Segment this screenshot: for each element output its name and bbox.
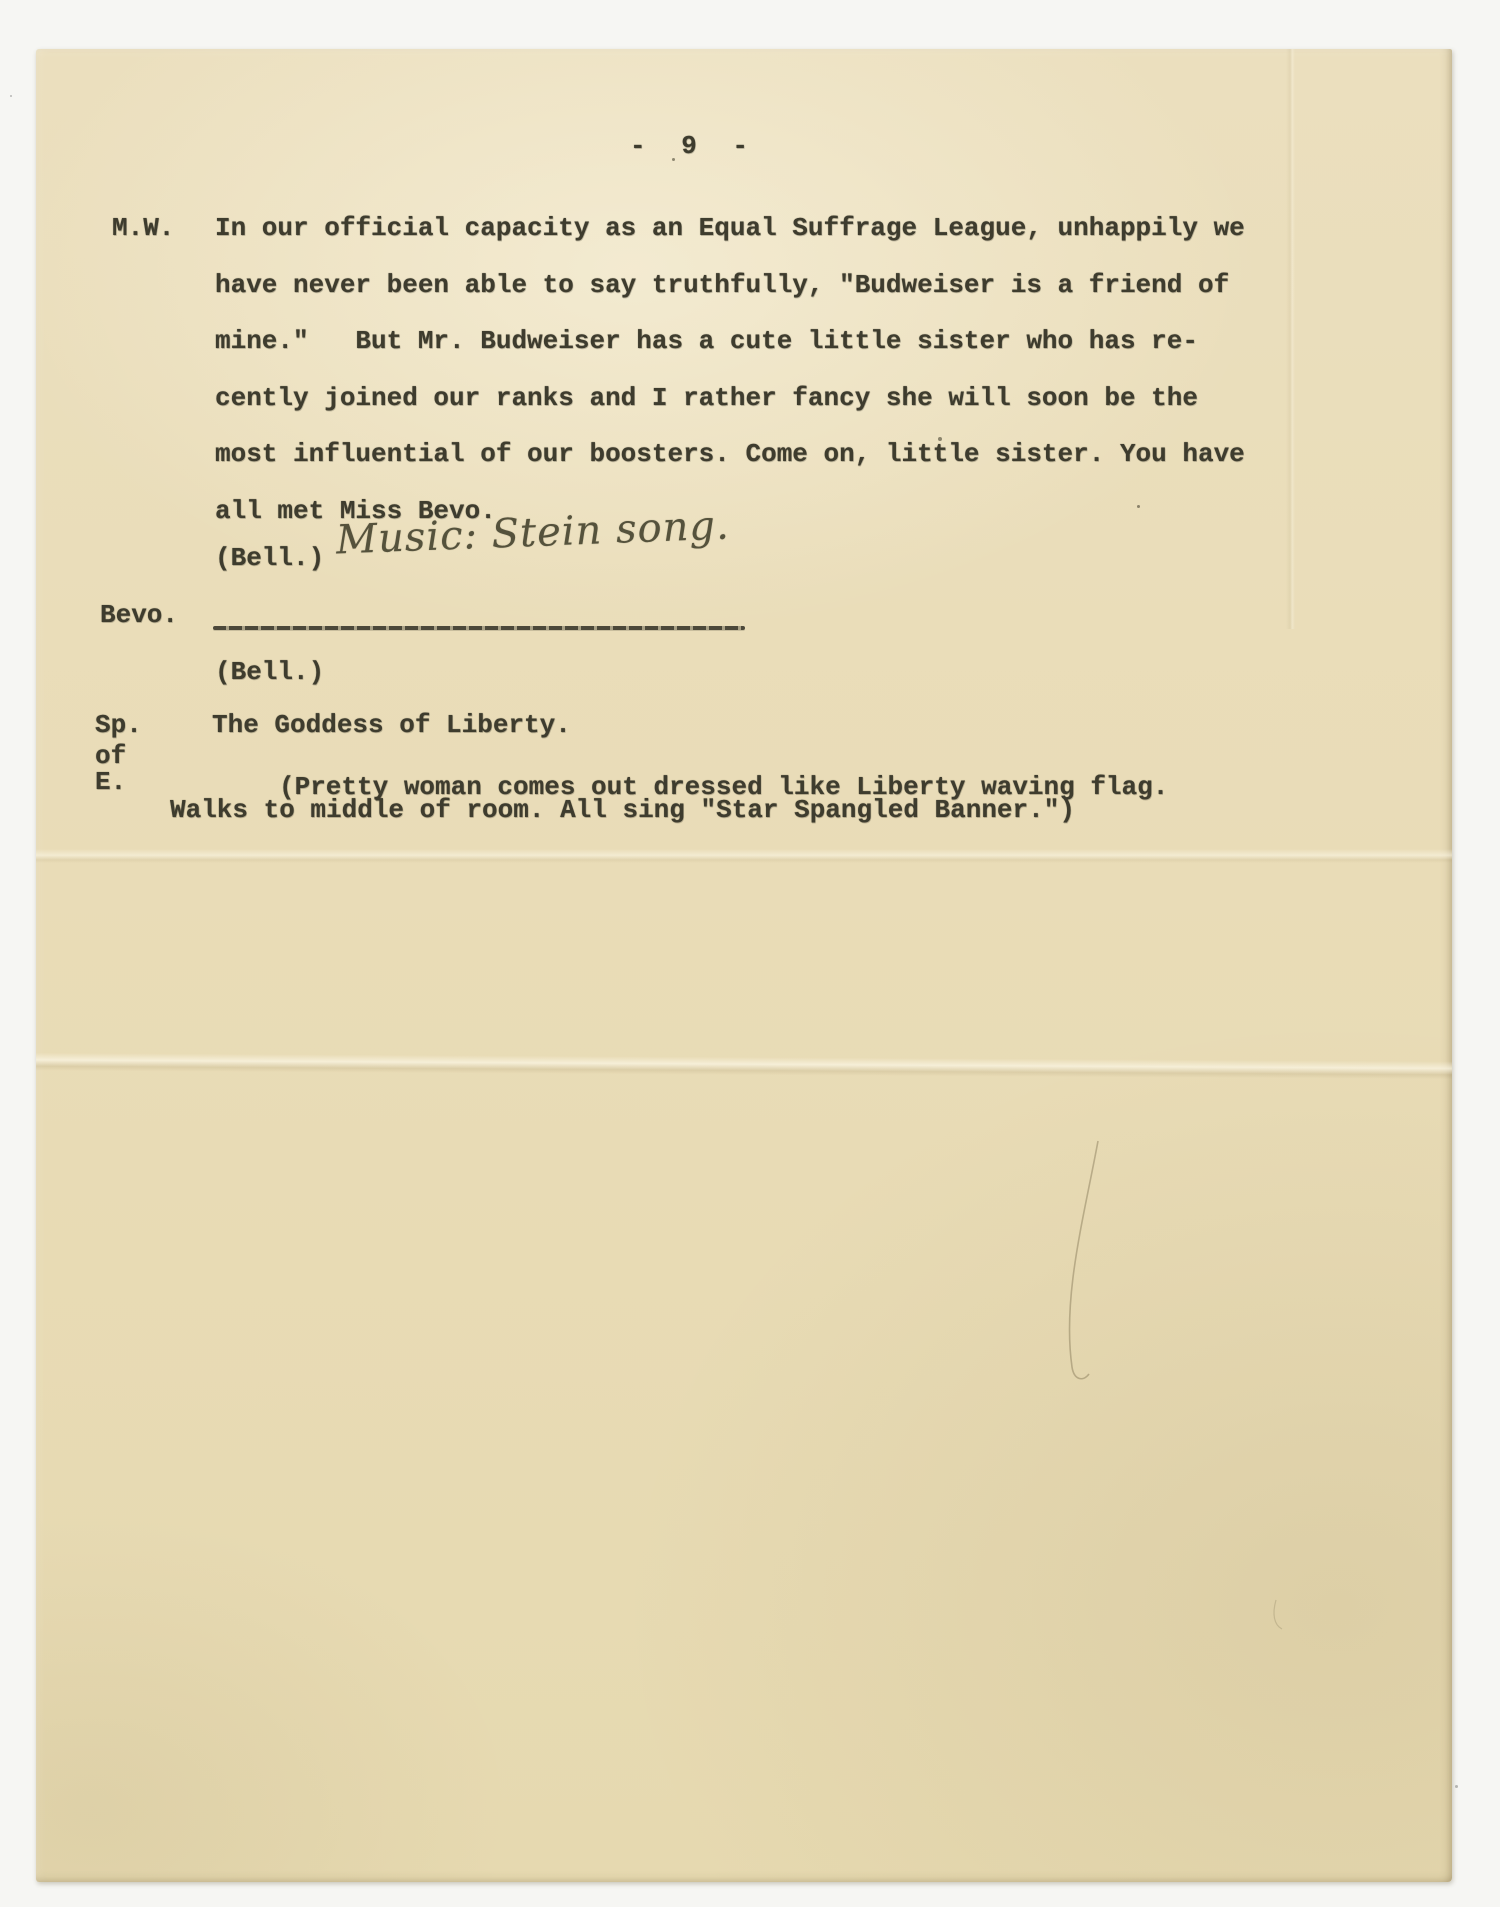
- dust-speck: [10, 95, 12, 97]
- dust-speck: [1455, 1785, 1458, 1788]
- paper-crease-horizontal: [36, 849, 1452, 863]
- speaker-label-e: E.: [95, 767, 126, 797]
- page-number: - 9 -: [630, 131, 758, 161]
- paper-fold-crease: [36, 1053, 1452, 1080]
- speaker-label-mw: M.W.: [112, 213, 174, 243]
- dialogue-line: In our official capacity as an Equal Suf…: [215, 213, 1245, 243]
- ink-speck: [672, 158, 675, 161]
- bell-cue: (Bell.): [215, 657, 324, 687]
- dialogue-line: have never been able to say truthfully, …: [215, 270, 1229, 300]
- paper-scratch-mark: [36, 49, 1452, 1882]
- dialogue-line: most influential of our boosters. Come o…: [215, 439, 1245, 469]
- dialogue-line: The Goddess of Liberty.: [212, 710, 571, 740]
- scanner-background: - 9 - M.W. In our official capacity as a…: [0, 0, 1500, 1907]
- stage-direction-line: Walks to middle of room. All sing "Star …: [170, 795, 1075, 825]
- speaker-label-bevo: Bevo.: [100, 600, 178, 630]
- bell-cue: (Bell.): [215, 543, 324, 573]
- dialogue-line: cently joined our ranks and I rather fan…: [215, 383, 1198, 413]
- dialogue-line: mine." But Mr. Budweiser has a cute litt…: [215, 326, 1198, 356]
- ink-speck: [938, 437, 942, 441]
- document-paper: - 9 - M.W. In our official capacity as a…: [36, 49, 1452, 1882]
- paper-crease-vertical: [1286, 49, 1295, 629]
- fill-in-blank-line: [213, 626, 745, 630]
- ink-speck: [1137, 505, 1140, 508]
- speaker-label-sp: Sp.: [95, 710, 142, 740]
